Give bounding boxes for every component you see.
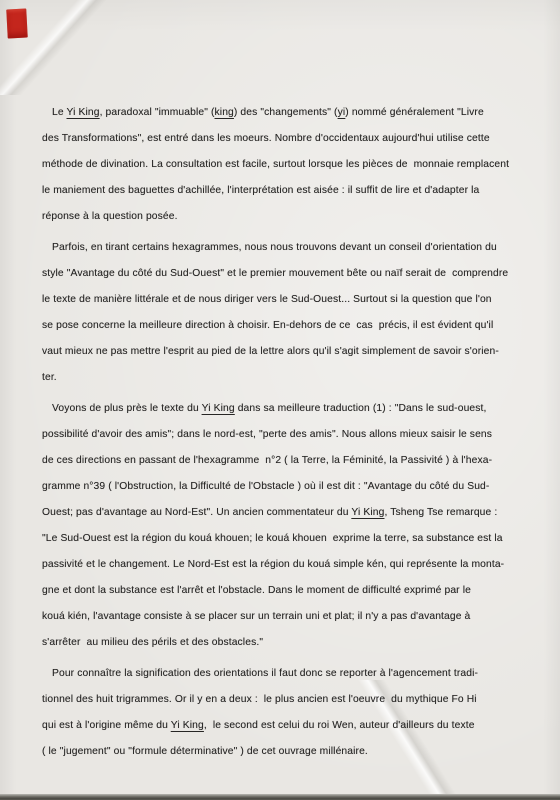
text-line: de ces directions en passant de l'hexagr… <box>42 448 524 474</box>
underlined-term: Yi King <box>67 107 100 118</box>
text-line: méthode de divination. La consultation e… <box>42 152 524 178</box>
underlined-term: king <box>215 107 234 118</box>
text-line: style "Avantage du côté du Sud-Ouest" et… <box>42 261 524 287</box>
text-line: kouá kién, l'avantage consiste à se plac… <box>42 604 524 630</box>
paragraph: Voyons de plus près le texte du Yi King … <box>42 396 524 656</box>
red-corner-mark <box>6 8 27 38</box>
text-segment: de ces directions en passant de l'hexagr… <box>42 455 492 466</box>
text-segment: "Le Sud-Ouest est la région du kouá khou… <box>42 533 503 544</box>
text-segment: Voyons de plus près le texte du <box>52 403 202 414</box>
paragraph: Parfois, en tirant certains hexagrammes,… <box>42 235 524 391</box>
text-segment: méthode de divination. La consultation e… <box>42 159 509 170</box>
text-segment: dans sa meilleure traduction (1) : "Dans… <box>235 403 487 414</box>
text-segment: tionnel des huit trigrammes. Or il y en … <box>42 694 477 705</box>
text-segment: ) des "changements" ( <box>234 107 338 118</box>
scanner-edge <box>0 794 560 800</box>
text-line: Ouest; pas d'avantage au Nord-Est". Un a… <box>42 500 524 526</box>
scanned-page: Le Yi King, paradoxal "immuable" (king) … <box>0 0 560 800</box>
text-segment: des Transformations", est entré dans les… <box>42 133 490 144</box>
text-segment: ( le "jugement" ou "formule déterminativ… <box>42 746 368 757</box>
text-line: gne et dont la substance est l'arrêt et … <box>42 578 524 604</box>
text-segment: style "Avantage du côté du Sud-Ouest" et… <box>42 268 508 279</box>
text-line: Pour connaître la signification des orie… <box>42 661 524 687</box>
text-line: le maniement des baguettes d'achillée, l… <box>42 178 524 204</box>
text-segment: Ouest; pas d'avantage au Nord-Est". Un a… <box>42 507 351 518</box>
text-segment: s'arrêter au milieu des périls et des ob… <box>42 637 263 648</box>
text-segment: gramme n°39 ( l'Obstruction, la Difficul… <box>42 481 489 492</box>
text-segment: passivité et le changement. Le Nord-Est … <box>42 559 504 570</box>
text-segment: qui est à l'origine même du <box>42 720 171 731</box>
text-line: le texte de manière littérale et de nous… <box>42 287 524 313</box>
text-segment: vaut mieux ne pas mettre l'esprit au pie… <box>42 346 499 357</box>
text-segment: Parfois, en tirant certains hexagrammes,… <box>52 242 497 253</box>
text-line: Parfois, en tirant certains hexagrammes,… <box>42 235 524 261</box>
text-segment: ter. <box>42 372 57 383</box>
text-line: tionnel des huit trigrammes. Or il y en … <box>42 687 524 713</box>
paragraph: Pour connaître la signification des orie… <box>42 661 524 765</box>
underlined-term: Yi King <box>202 403 235 414</box>
text-line: Voyons de plus près le texte du Yi King … <box>42 396 524 422</box>
text-segment: , paradoxal "immuable" ( <box>100 107 215 118</box>
underlined-term: Yi King <box>351 507 384 518</box>
text-line: Le Yi King, paradoxal "immuable" (king) … <box>42 100 524 126</box>
text-line: ter. <box>42 365 524 391</box>
text-block: Le Yi King, paradoxal "immuable" (king) … <box>42 100 524 770</box>
text-line: vaut mieux ne pas mettre l'esprit au pie… <box>42 339 524 365</box>
paragraph: Le Yi King, paradoxal "immuable" (king) … <box>42 100 524 230</box>
text-segment: Le <box>52 107 67 118</box>
text-line: des Transformations", est entré dans les… <box>42 126 524 152</box>
text-segment: Pour connaître la signification des orie… <box>52 668 478 679</box>
text-segment: se pose concerne la meilleure direction … <box>42 320 493 331</box>
text-segment: le maniement des baguettes d'achillée, l… <box>42 185 479 196</box>
text-line: "Le Sud-Ouest est la région du kouá khou… <box>42 526 524 552</box>
text-segment: kouá kién, l'avantage consiste à se plac… <box>42 611 470 622</box>
text-line: passivité et le changement. Le Nord-Est … <box>42 552 524 578</box>
text-line: s'arrêter au milieu des périls et des ob… <box>42 630 524 656</box>
text-segment: , Tsheng Tse remarque : <box>384 507 497 518</box>
text-line: se pose concerne la meilleure direction … <box>42 313 524 339</box>
text-line: réponse à la question posée. <box>42 204 524 230</box>
underlined-term: Yi King <box>171 720 204 731</box>
text-segment: , le second est celui du roi Wen, auteur… <box>204 720 475 731</box>
text-segment: possibilité d'avoir des amis"; dans le n… <box>42 429 492 440</box>
text-line: gramme n°39 ( l'Obstruction, la Difficul… <box>42 474 524 500</box>
text-segment: ) nommé généralement "Livre <box>345 107 484 118</box>
text-segment: le texte de manière littérale et de nous… <box>42 294 492 305</box>
text-segment: gne et dont la substance est l'arrêt et … <box>42 585 471 596</box>
text-line: qui est à l'origine même du Yi King, le … <box>42 713 524 739</box>
text-segment: réponse à la question posée. <box>42 211 178 222</box>
text-line: ( le "jugement" ou "formule déterminativ… <box>42 739 524 765</box>
text-line: possibilité d'avoir des amis"; dans le n… <box>42 422 524 448</box>
